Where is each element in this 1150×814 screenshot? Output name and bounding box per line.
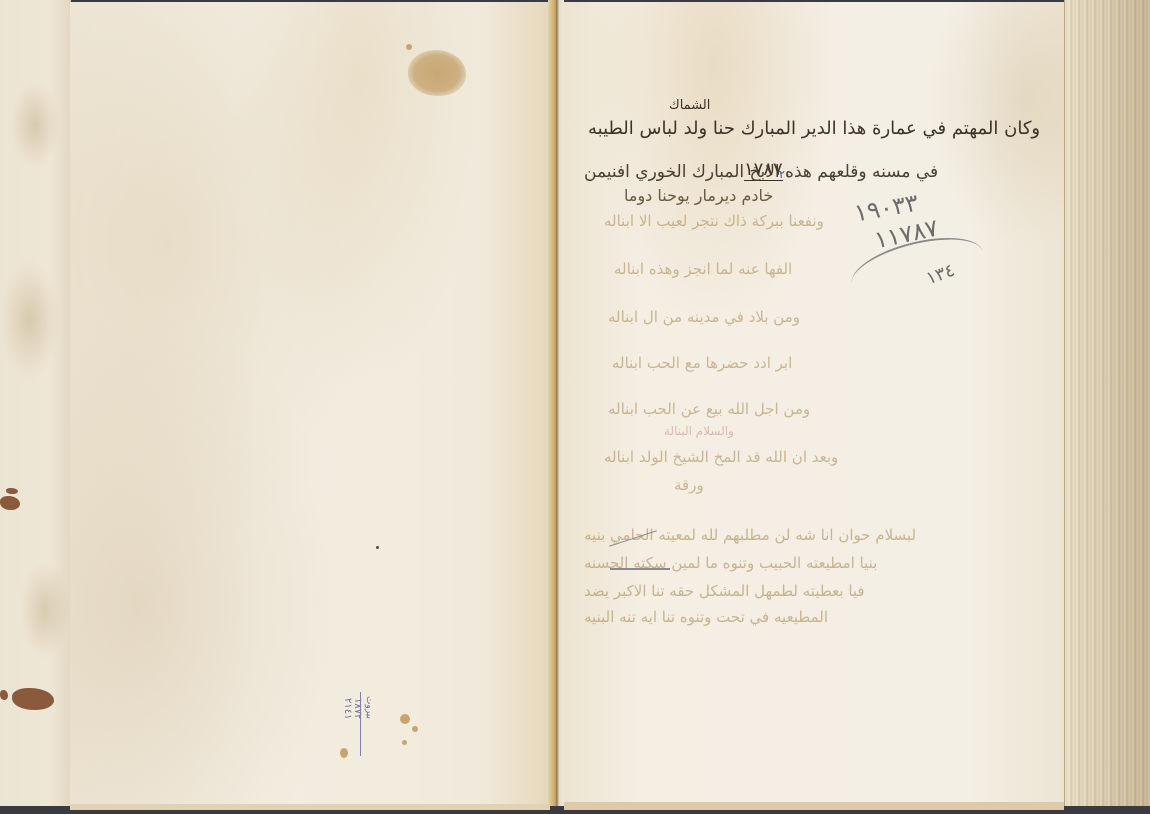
faint-line: ورقة: [674, 476, 704, 494]
colophon-line-3: خادم ديرمار يوحنا دوما: [624, 186, 773, 205]
bleed-through-line: لبسلام حوان انا شه لن مطلبهم لله لمعيته …: [584, 526, 916, 544]
paper-damage: [12, 688, 54, 710]
ink-spot: [376, 546, 379, 549]
colophon-line-1: وكان المهتم في عمارة هذا الدير المبارك ح…: [588, 118, 1040, 139]
faint-line: ابر ادد حضرها مع الحب ابناله: [612, 354, 792, 372]
faint-red-note: والسلام البنالة: [664, 424, 734, 438]
faint-line: الفها عنه لما انجز وهذه ابناله: [614, 260, 792, 278]
ink-spot: [402, 740, 407, 745]
shelfmark: ٢١٤١ ١٨٧٢ بيروت: [342, 692, 382, 762]
ink-stain: [408, 50, 466, 96]
shelfmark-year: ١٨٧٢: [352, 698, 363, 719]
left-page: ٢١٤١ ١٨٧٢ بيروت: [70, 2, 550, 810]
ink-spot: [412, 726, 418, 732]
flyleaf-edge: [0, 0, 71, 806]
bleed-through-line: المطيعيه في تحت وتنوه تنا ايه تنه البنيه: [584, 608, 828, 626]
ink-spot: [400, 714, 410, 724]
shelfmark-label: بيروت: [364, 696, 374, 719]
paper-damage: [0, 690, 8, 700]
page-stack-fore-edge: [1064, 0, 1150, 806]
ink-spot: [406, 44, 412, 50]
paper-damage: [0, 496, 20, 510]
faint-line: ومن اجل الله بيع عن الحب ابناله: [608, 400, 810, 418]
fore-edge-shading: [1065, 0, 1150, 806]
water-stain: [10, 80, 60, 170]
colophon-line-2: في مسنه وقلعهم هذه الابخ المبارك الخوري …: [584, 162, 938, 182]
shelfmark-rule: [360, 692, 361, 756]
paper-damage: [6, 488, 18, 494]
open-manuscript-book: ٢١٤١ ١٨٧٢ بيروت الشماك وكان المهتم في عم…: [0, 0, 1150, 814]
water-stain: [0, 260, 60, 380]
colophon-title: الشماك: [669, 98, 710, 113]
book-spine: [548, 0, 564, 806]
faint-line: ومن بلاد في مدينه من ال ابناله: [608, 308, 800, 326]
right-page: الشماك وكان المهتم في عمارة هذا الدير ال…: [564, 2, 1064, 810]
faint-line: وبعد ان الله قد المخ الشيخ الولد ابناله: [604, 448, 838, 466]
bleed-through-line: فيا بعطيته لطمهل المشكل حقه تنا الاكبر ي…: [584, 582, 865, 600]
water-stain: [20, 560, 70, 660]
faint-line: ونفعنا ببركة ذاك نتجر لعيب الا ابناله: [604, 212, 824, 230]
pencil-strike: [610, 568, 670, 570]
